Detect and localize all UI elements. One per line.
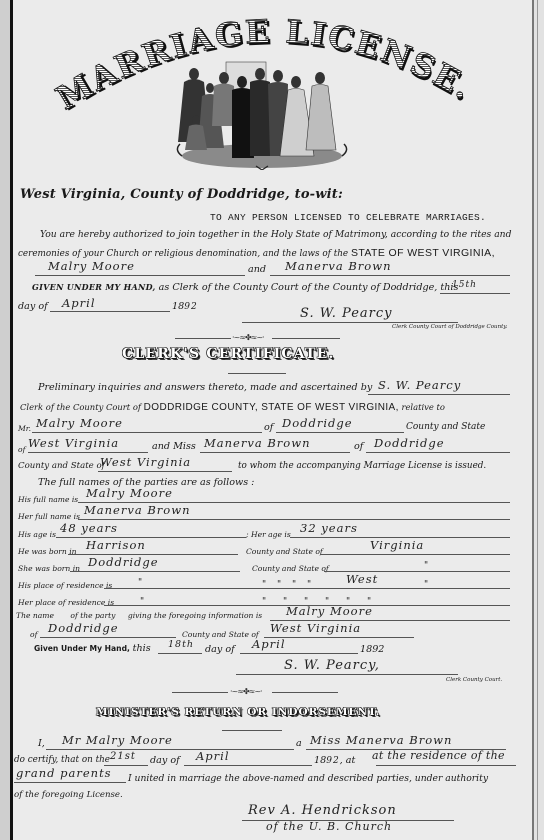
and-label: and [248, 264, 266, 275]
she-born-county-line [70, 571, 240, 572]
cert-day: 18th [168, 639, 194, 650]
informant-county-state-label: County and State of [182, 630, 259, 639]
authorization-line-1: You are hereby authorized to join togeth… [40, 229, 511, 240]
return-month-line [184, 765, 312, 766]
mr-state: West Virginia [28, 436, 119, 450]
flourish-ornament-icon: ·~≈✤≈~· [230, 687, 262, 696]
clerk-caption: Clerk County Court of Doddridge County. [392, 324, 507, 330]
heading-underline [222, 730, 282, 731]
clerk-relative-line: Clerk of the County Court of DODDRIDGE C… [20, 402, 445, 413]
flourish-ornament-icon: ·~≈✤≈~· [232, 333, 264, 342]
mr-name: Malry Moore [36, 416, 123, 430]
bride-name: Manerva Brown [285, 259, 391, 273]
given-month-line [50, 311, 170, 312]
ditto-mark: " [138, 578, 142, 588]
ornament-rule-right [272, 338, 340, 339]
cert-clerk-caption: Clerk County Court. [446, 677, 502, 683]
her-age: 32 years [300, 521, 358, 535]
clerk-signature-line [242, 322, 458, 323]
place-part-1: at the residence of the [372, 749, 505, 762]
i-label: I, [38, 738, 45, 749]
bride-line [270, 275, 510, 276]
her-name-line [78, 519, 510, 520]
return-day: 21st [110, 751, 136, 762]
given-under-hand-line-2: Given Under My Hand, this [34, 643, 151, 654]
informant-of-label: of [30, 630, 37, 639]
ascertained-by: S. W. Pearcy [378, 378, 461, 392]
he-born-state: Virginia [370, 538, 424, 552]
groom-line [35, 275, 245, 276]
mr-state-line [28, 452, 148, 453]
address-line: TO ANY PERSON LICENSED TO CELEBRATE MARR… [210, 212, 486, 223]
preliminary-text: Preliminary inquiries and answers theret… [38, 382, 372, 393]
she-born-state: " [424, 561, 428, 571]
he-born-county-state-label: County and State of [246, 547, 323, 556]
his-name-label: His full name is [18, 495, 78, 504]
informant-state-line [264, 637, 414, 638]
cert-year: 1892 [360, 644, 384, 655]
he-born-county: Harrison [86, 538, 146, 552]
cert-month: April [252, 637, 286, 651]
ornament-rule-right [272, 692, 338, 693]
miss-state: West Virginia [100, 455, 191, 469]
ministers-return-heading: MINISTER'S RETURN OR INDORSEMENT. [96, 706, 380, 718]
her-age-label: ; Her age is [246, 530, 291, 539]
his-residence-state: West [346, 572, 378, 586]
her-residence-label: Her place of residence is [18, 598, 114, 607]
authorization-line-2: ceremonies of your Church or religious d… [18, 247, 495, 259]
cert-day-line [158, 653, 202, 654]
given-year: 1892 [172, 301, 198, 312]
his-age-label: His age is [18, 530, 56, 539]
cert-day-of-label: day of [205, 644, 235, 655]
informant-state: West Virginia [270, 621, 361, 635]
and-miss-label: and Miss [152, 441, 196, 452]
her-name: Manerva Brown [84, 503, 190, 517]
his-name: Malry Moore [86, 486, 173, 500]
miss-of-label: of [354, 441, 363, 452]
foregoing-text: of the foregoing License. [14, 790, 123, 800]
his-age-line [56, 537, 246, 538]
return-bride: Miss Manerva Brown [310, 733, 452, 747]
he-born-state-line [320, 554, 510, 555]
informant-label: The name of the party giving the foregoi… [16, 611, 262, 620]
place-line-2 [14, 782, 126, 783]
place-part-2: grand parents [16, 766, 112, 780]
return-month: April [196, 749, 230, 763]
heading-underline [228, 373, 286, 374]
mr-name-line [32, 432, 262, 433]
mr-county-line [276, 432, 404, 433]
county-and-state-label: County and State [406, 422, 485, 432]
informant-name: Malry Moore [286, 604, 373, 618]
his-age: 48 years [60, 521, 118, 535]
miss-state-line [98, 471, 232, 472]
ditto-mark: " [140, 597, 144, 607]
informant-county: Doddridge [48, 621, 119, 635]
united-text: I united in marriage the above-named and… [128, 773, 488, 784]
miss-county-line [366, 452, 510, 453]
wedding-ceremony-engraving [172, 52, 352, 170]
cert-month-line [240, 653, 358, 654]
ornament-rule-left [172, 692, 228, 693]
clerk-signature: S. W. Pearcy [300, 306, 393, 321]
certify-text: do certify, that on the [14, 755, 110, 765]
day-of-label: day of [18, 301, 48, 312]
return-groom: Mr Malry Moore [62, 733, 173, 747]
she-born-county-state-label: County and State of [252, 564, 329, 573]
miss-county: Doddridge [374, 436, 445, 450]
return-year: 1892, at [314, 755, 355, 766]
given-under-hand-line: GIVEN UNDER MY HAND, as Clerk of the Cou… [32, 282, 458, 293]
informant-county-line [40, 637, 176, 638]
mr-of-label: of [264, 422, 273, 433]
county-state-of-label: County and State of [18, 461, 105, 471]
given-month: April [62, 296, 96, 310]
return-day-of-label: day of [150, 755, 180, 766]
clerks-certificate-heading: CLERK'S CERTIFICATE. [122, 346, 335, 362]
return-and-label: a [296, 738, 302, 749]
minister-church: of the U. B. Church [266, 820, 392, 833]
miss-name: Manerva Brown [204, 436, 310, 450]
given-day-line [440, 293, 510, 294]
cert-clerk-signature: S. W. Pearcy, [284, 658, 380, 673]
groom-return-line [46, 749, 294, 750]
ascertained-by-line [368, 394, 510, 395]
jurisdiction-heading: West Virginia, County of Doddridge, to-w… [20, 187, 343, 202]
minister-signature: Rev A. Hendrickson [248, 803, 397, 818]
mr-label: Mr. [18, 424, 31, 433]
his-residence-label: His place of residence is [18, 581, 112, 590]
mr-county: Doddridge [282, 416, 353, 430]
cert-clerk-signature-line [236, 674, 458, 675]
given-day: 15th [452, 280, 477, 290]
her-name-label: Her full name is [18, 512, 80, 521]
ditto-marks: " " " " [262, 580, 311, 590]
place-line-1 [376, 765, 516, 766]
she-born-county: Doddridge [88, 555, 159, 569]
ditto-mark: " [424, 580, 428, 590]
mr-state-of-label: of [18, 445, 25, 454]
ornament-rule-left [175, 338, 231, 339]
miss-name-line [200, 452, 350, 453]
issued-text: to whom the accompanying Marriage Licens… [238, 461, 486, 471]
groom-name: Malry Moore [48, 259, 135, 273]
